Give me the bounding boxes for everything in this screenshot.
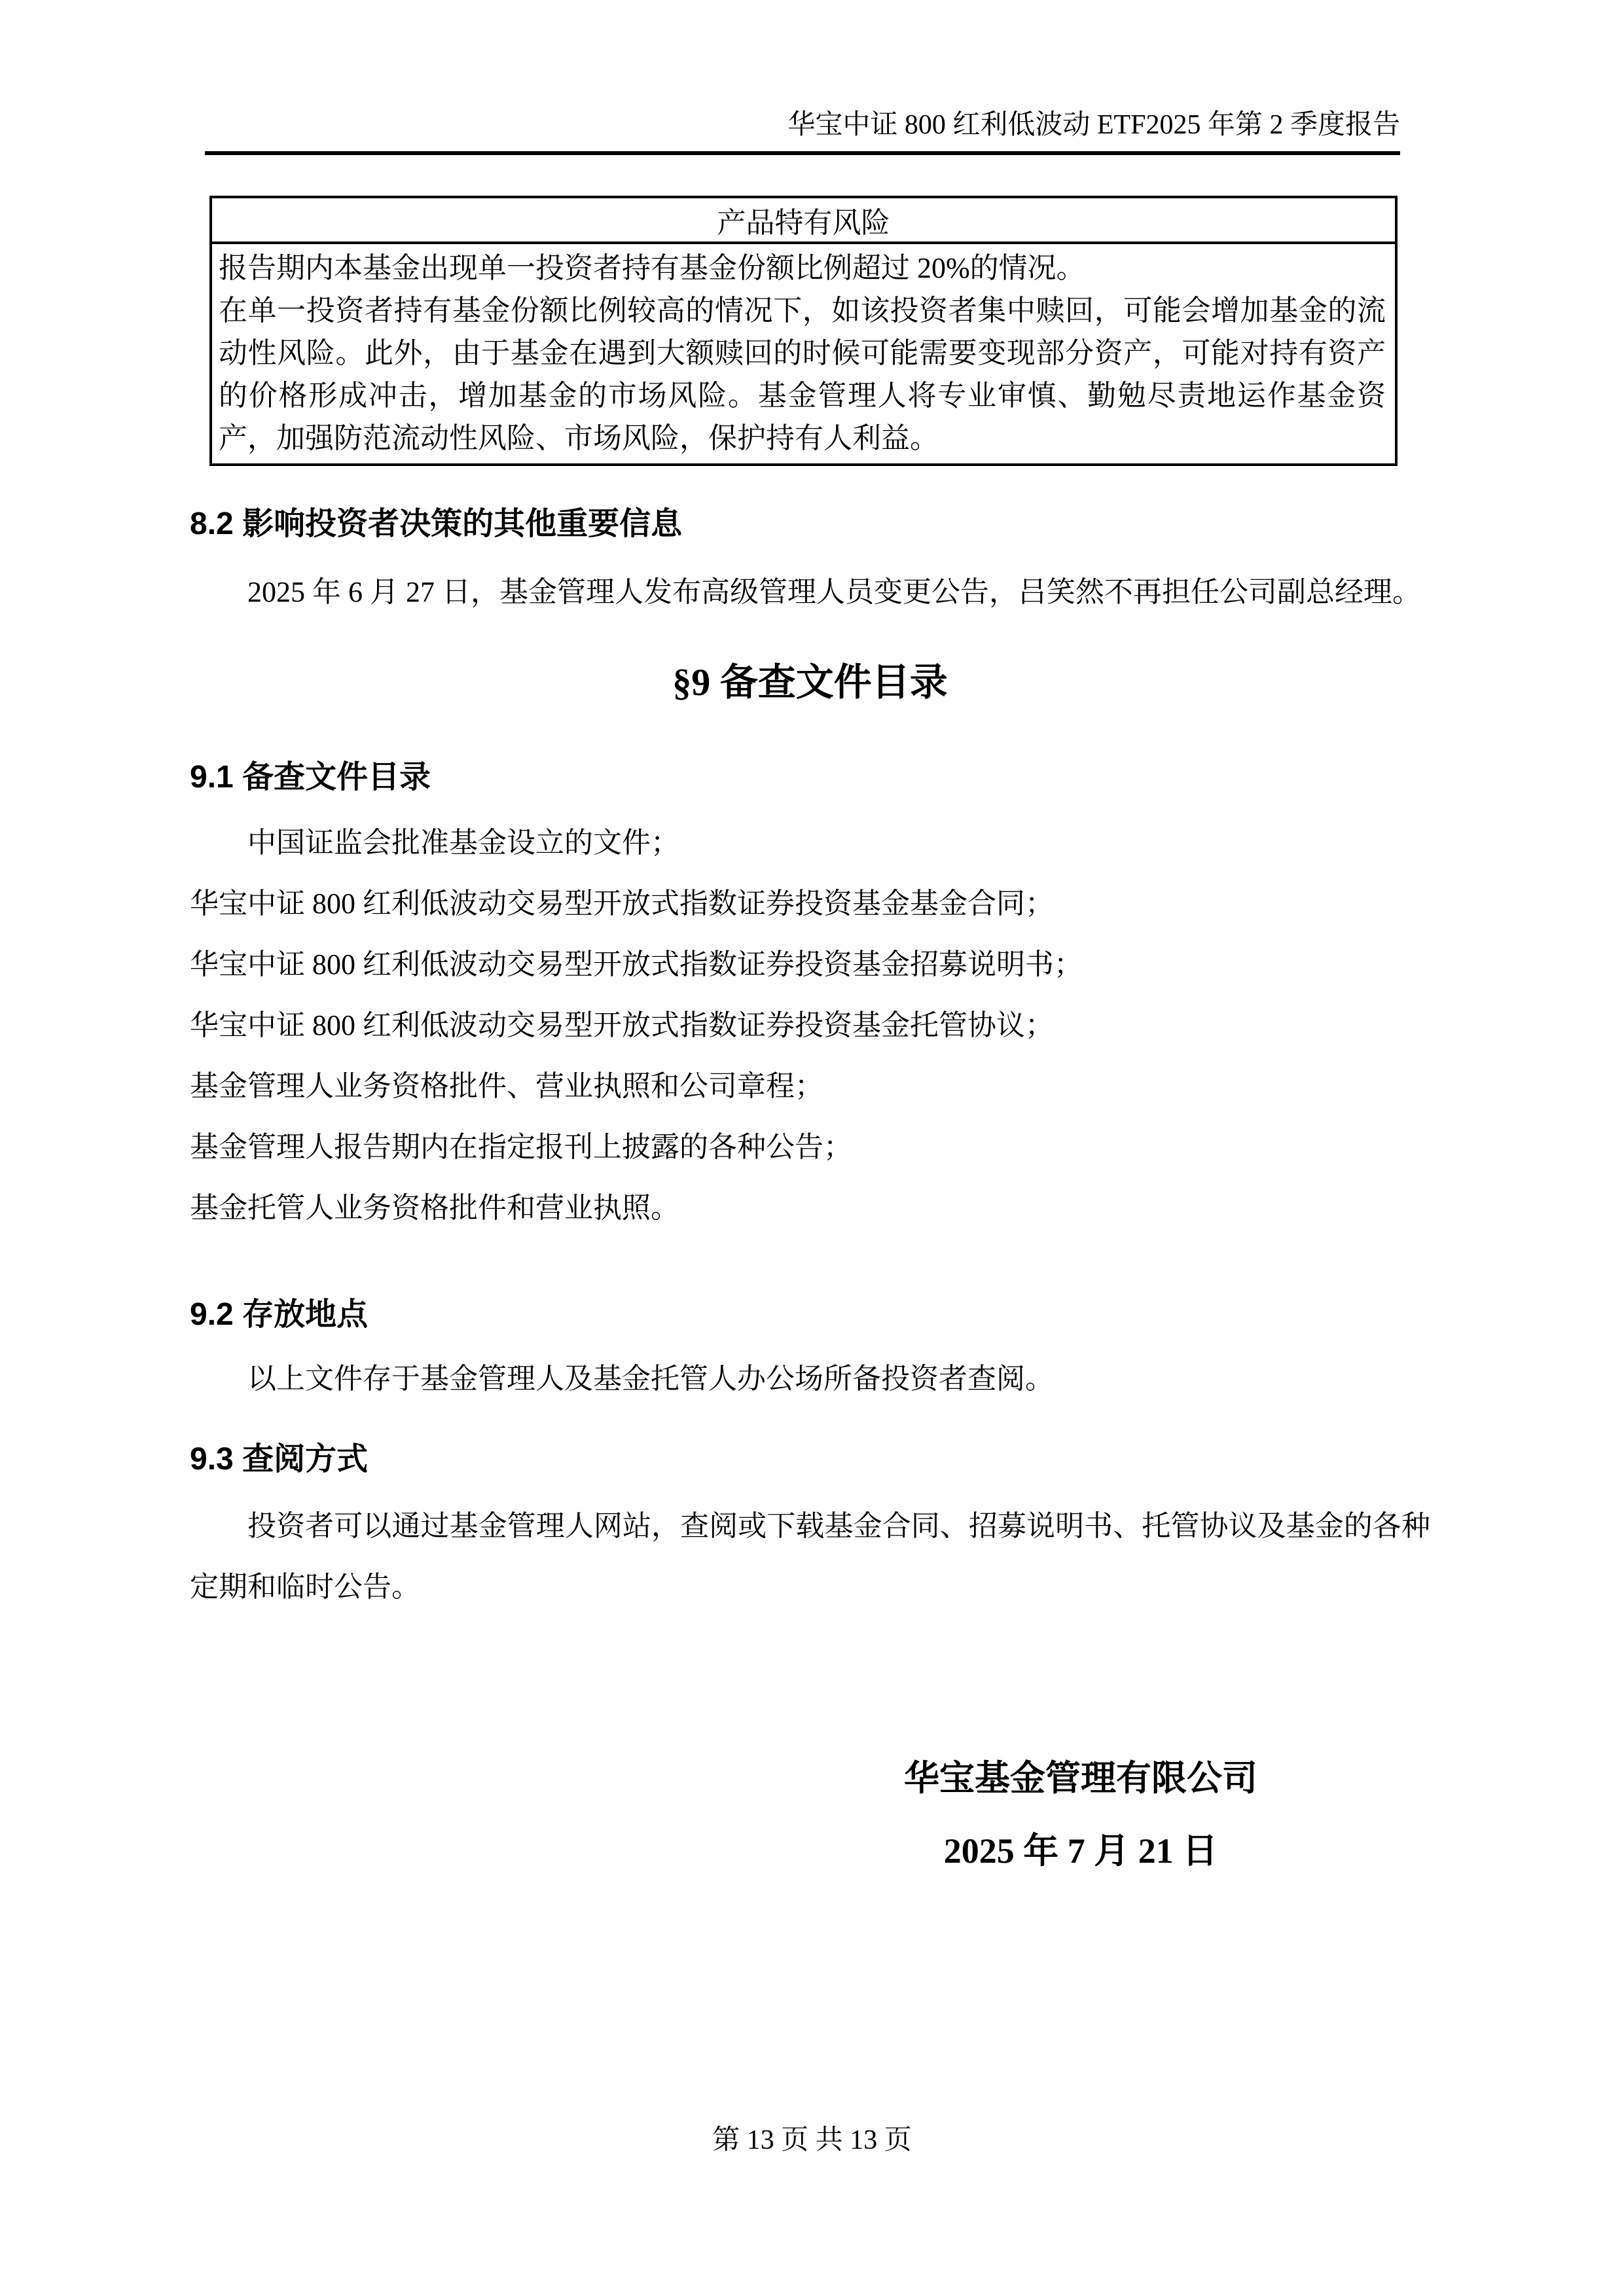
section-8-2-paragraph: 2025 年 6 月 27 日，基金管理人发布高级管理人员变更公告，吕笑然不再担… — [190, 562, 1430, 622]
section-9-3-heading: 9.3 查阅方式 — [190, 1438, 1430, 1481]
report-page: 华宝中证 800 红利低波动 ETF2025 年第 2 季度报告 产品特有风险 … — [0, 0, 1624, 2296]
running-header: 华宝中证 800 红利低波动 ETF2025 年第 2 季度报告 — [205, 108, 1400, 155]
inspection-documents-list: 中国证监会批准基金设立的文件； 华宝中证 800 红利低波动交易型开放式指数证券… — [190, 812, 1430, 1238]
list-item: 华宝中证 800 红利低波动交易型开放式指数证券投资基金招募说明书； — [190, 934, 1430, 995]
section-9-1-heading: 9.1 备查文件目录 — [190, 756, 1430, 799]
list-item: 基金托管人业务资格批件和营业执照。 — [190, 1177, 1430, 1238]
risk-table-title: 产品特有风险 — [717, 199, 890, 241]
section-9-2-paragraph: 以上文件存于基金管理人及基金托管人办公场所备投资者查阅。 — [190, 1348, 1430, 1409]
section-9-heading: §9 备查文件目录 — [190, 656, 1430, 709]
page-number-indicator: 第 13 页 共 13 页 — [712, 2125, 912, 2155]
risk-paragraph: 报告期内本基金出现单一投资者持有基金份额比例超过 20%的情况。 — [219, 247, 1386, 289]
list-item: 华宝中证 800 红利低波动交易型开放式指数证券投资基金基金合同； — [190, 873, 1430, 934]
signature-date: 2025 年 7 月 21 日 — [904, 1821, 1257, 1882]
product-risk-table: 产品特有风险 报告期内本基金出现单一投资者持有基金份额比例超过 20%的情况。 … — [209, 196, 1398, 466]
list-item: 基金管理人业务资格批件、营业执照和公司章程； — [190, 1056, 1430, 1117]
section-9-3-paragraph: 投资者可以通过基金管理人网站，查阅或下载基金合同、招募说明书、托管协议及基金的各… — [190, 1496, 1430, 1617]
page-footer: 第 13 页 共 13 页 — [0, 2121, 1624, 2160]
list-item: 中国证监会批准基金设立的文件； — [190, 812, 1430, 873]
risk-table-header-cell: 产品特有风险 — [212, 198, 1395, 244]
list-item: 华宝中证 800 红利低波动交易型开放式指数证券投资基金托管协议； — [190, 995, 1430, 1056]
section-8-2-heading: 8.2 影响投资者决策的其他重要信息 — [190, 503, 1430, 546]
signature-company: 华宝基金管理有限公司 — [904, 1748, 1257, 1809]
risk-table-body-cell: 报告期内本基金出现单一投资者持有基金份额比例超过 20%的情况。 在单一投资者持… — [212, 244, 1395, 463]
section-9-2-heading: 9.2 存放地点 — [190, 1293, 1430, 1336]
signature-block: 华宝基金管理有限公司 2025 年 7 月 21 日 — [904, 1748, 1257, 1882]
risk-paragraph: 在单一投资者持有基金份额比例较高的情况下，如该投资者集中赎回，可能会增加基金的流… — [219, 289, 1386, 459]
report-title: 华宝中证 800 红利低波动 ETF2025 年第 2 季度报告 — [787, 110, 1400, 140]
list-item: 基金管理人报告期内在指定报刊上披露的各种公告； — [190, 1117, 1430, 1177]
